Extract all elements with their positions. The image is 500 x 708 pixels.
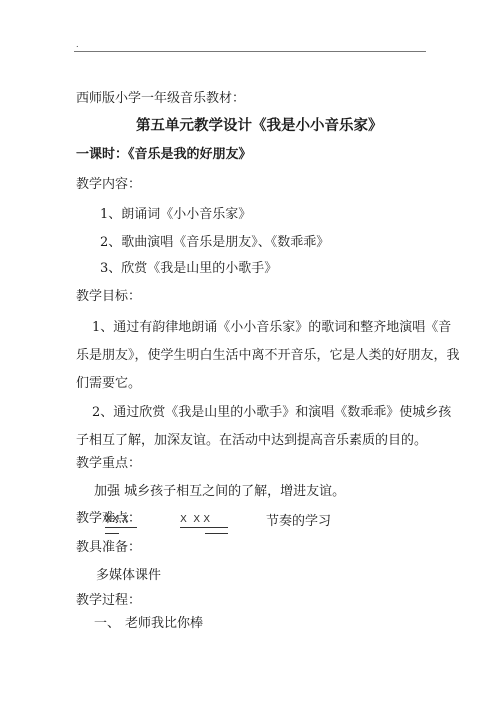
lesson-heading: 一课时：《音乐是我的好朋友》 — [76, 147, 252, 163]
process-step-1-number: 一、 — [94, 616, 120, 632]
content-item-1: 1、朗诵词《小小音乐家》 — [100, 207, 251, 223]
rhythm-2-underline — [205, 533, 228, 534]
key-points-text: 加强 城乡孩子相互之间的了解，增进友谊。 — [94, 484, 345, 500]
goals-line-4: 2、通过欣赏《我是山里的小歌手》和演唱《数乖乖》使城乡孩 — [92, 405, 451, 421]
document-page: . 西师版小学一年级音乐教材： 第五单元教学设计《我是小小音乐家》 一课时：《音… — [0, 0, 500, 708]
key-points-heading: 教学重点： — [76, 456, 141, 472]
page-title: 第五单元教学设计《我是小小音乐家》 — [136, 118, 383, 134]
goals-heading: 教学目标： — [76, 289, 141, 305]
difficulties-text: 节奏的学习 — [266, 514, 331, 530]
rhythm-pattern-2: X X X — [180, 514, 210, 526]
goals-line-3: 们需要它。 — [76, 376, 141, 392]
process-step-1-text: 老师我比你棒 — [125, 616, 203, 632]
goals-line-5: 子相互了解，加深友谊。在活动中达到提高音乐素质的目的。 — [76, 433, 427, 449]
rhythm-1-beam — [105, 527, 137, 528]
materials-heading: 教具准备： — [76, 540, 141, 556]
process-heading: 教学过程： — [76, 593, 141, 609]
materials-text: 多媒体课件 — [96, 568, 161, 584]
goals-line-1: 1、通过有韵律地朗诵《小小音乐家》的歌词和整齐地演唱《音 — [92, 320, 451, 336]
header-mark: . — [76, 41, 79, 49]
source-line: 西师版小学一年级音乐教材： — [76, 91, 245, 107]
content-heading: 教学内容： — [76, 177, 141, 193]
content-item-3: 3、欣赏《我是山里的小歌手》 — [100, 261, 277, 277]
rhythm-1-underline — [105, 533, 119, 534]
header-rule — [74, 51, 426, 52]
content-item-2: 2、歌曲演唱《音乐是朋友》、《数乖乖》 — [100, 235, 329, 251]
rhythm-2-beam — [180, 527, 228, 528]
goals-line-2: 乐是朋友》，使学生明白生活中离不开音乐，它是人类的好朋友，我 — [76, 348, 460, 364]
rhythm-pattern-1: XX X — [105, 514, 129, 526]
